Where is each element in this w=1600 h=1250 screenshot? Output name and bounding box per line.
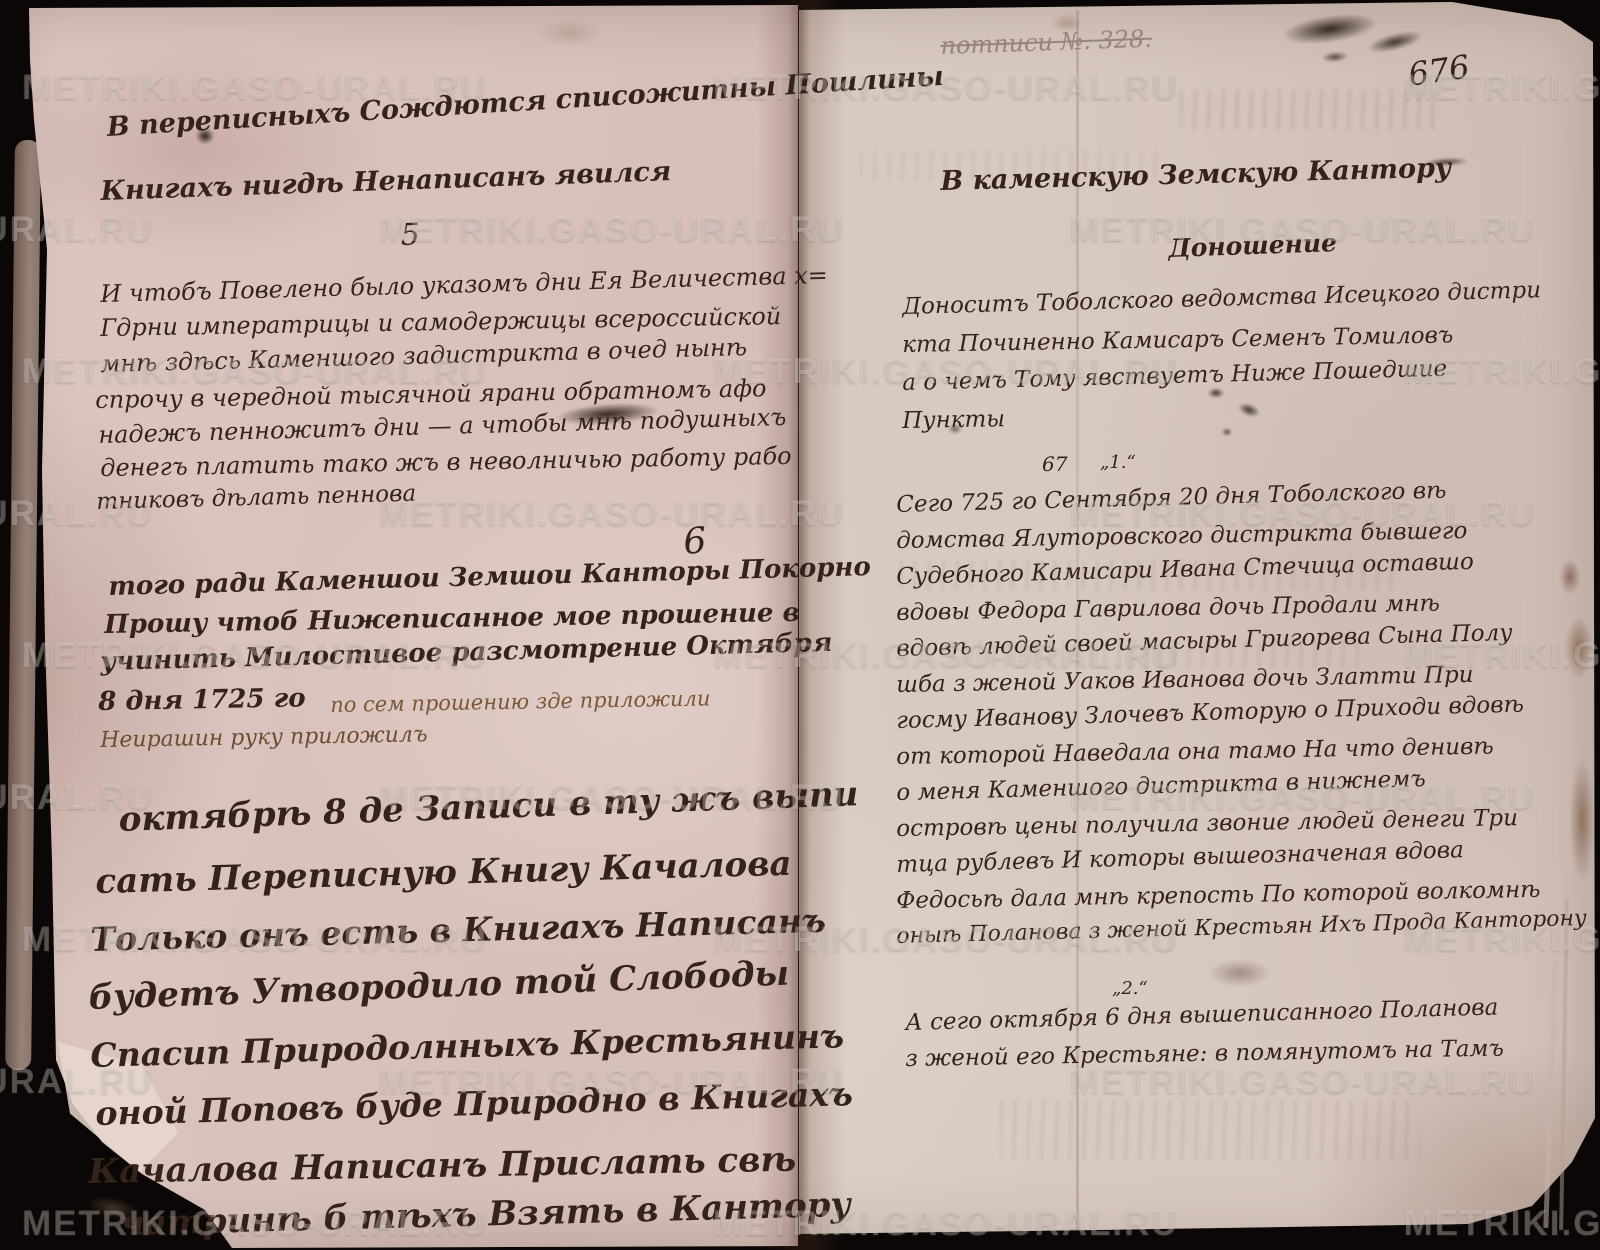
manuscript-scan: В переписныхъ Сождются списожитны Пошлин… bbox=[0, 0, 1600, 1250]
ink-stain bbox=[86, 1193, 139, 1223]
page-stack-edge-left bbox=[5, 140, 41, 1070]
